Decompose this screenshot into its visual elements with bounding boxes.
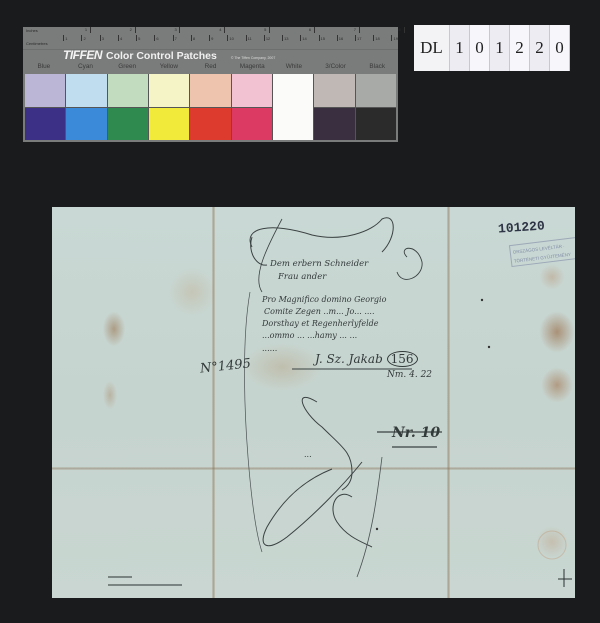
cm-tick: [173, 35, 174, 41]
patch-label: 3/Color: [315, 63, 357, 73]
archive-digit: 0: [550, 25, 570, 71]
inch-tick: [404, 27, 405, 33]
inch-tick: [135, 27, 136, 33]
patch-label: White: [273, 63, 315, 73]
cm-tick: [391, 35, 392, 41]
inch-tick: [269, 27, 270, 33]
cm-number: 10: [229, 36, 233, 41]
inch-number: 7: [354, 27, 356, 32]
archive-prefix: DL: [414, 25, 450, 71]
patch-label: Black: [356, 63, 398, 73]
cm-tick: [246, 35, 247, 41]
inch-number: 4: [219, 27, 221, 32]
circled-number: 156: [387, 351, 418, 367]
body-line: Dorsthay et Regenherlyfelde: [262, 319, 379, 328]
archive-digit: 1: [450, 25, 470, 71]
inch-tick: [359, 27, 360, 33]
archival-note: J. Sz. Jakab 156: [315, 351, 418, 367]
cm-tick: [81, 35, 82, 41]
archive-digit: 0: [470, 25, 490, 71]
inches-label: Inches: [26, 28, 38, 33]
cm-tick: [100, 35, 101, 41]
color-patch-dark: [25, 108, 65, 141]
patch-label: Red: [190, 63, 232, 73]
cm-number: 15: [321, 36, 325, 41]
patch-labels: Blue Cyan Green Yellow Red Magenta White…: [23, 63, 398, 73]
cm-number: 4: [120, 36, 122, 41]
cm-tick: [337, 35, 338, 41]
cm-tick: [154, 35, 155, 41]
cm-tick: [264, 35, 265, 41]
color-patch-light: [108, 74, 148, 107]
cm-number: 9: [211, 36, 213, 41]
cm-tick: [118, 35, 119, 41]
color-patch-dark: [66, 108, 106, 141]
cm-number: 19: [393, 36, 397, 41]
color-patch-light: [232, 74, 272, 107]
number-note: Nr. 10: [392, 425, 440, 441]
cm-tick: [355, 35, 356, 41]
inch-number: 8: [399, 27, 401, 32]
color-patch-light: [149, 74, 189, 107]
cm-tick: [227, 35, 228, 41]
color-patch-dark: [314, 108, 354, 141]
color-patches-grid: [25, 74, 396, 140]
color-patch-light: [190, 74, 230, 107]
body-line: Pro Magnifico domino Georgio: [262, 295, 386, 304]
cm-number: 14: [302, 36, 306, 41]
cm-tick: [319, 35, 320, 41]
color-patch-dark: [149, 108, 189, 141]
year-note-prefix: N°: [199, 360, 218, 377]
centimetres-label: Centimetres: [26, 41, 48, 46]
inch-number: 5: [264, 27, 266, 32]
archive-digit: 2: [510, 25, 530, 71]
color-patch-dark: [232, 108, 272, 141]
inch-tick: [224, 27, 225, 33]
inch-number: 3: [174, 27, 176, 32]
inch-number: 2: [130, 27, 132, 32]
cm-tick: [300, 35, 301, 41]
cm-number: 13: [284, 36, 288, 41]
cm-number: 11: [248, 36, 252, 41]
patch-label: Cyan: [65, 63, 107, 73]
cm-number: 17: [357, 36, 361, 41]
archival-note-text: J. Sz. Jakab: [315, 352, 383, 366]
patch-label: Yellow: [148, 63, 190, 73]
tiffen-logo: TIFFEN: [63, 48, 102, 62]
color-patch-light: [356, 74, 396, 107]
cm-tick: [191, 35, 192, 41]
archive-digit: 1: [490, 25, 510, 71]
patch-label: Magenta: [231, 63, 273, 73]
manuscript-letter: Dem erbern Schneider Frau ander Pro Magn…: [52, 207, 575, 598]
color-patch-white: [273, 74, 313, 140]
inch-tick: [179, 27, 180, 33]
color-patch-dark: [356, 108, 396, 141]
inch-number: 6: [309, 27, 311, 32]
cm-number: 12: [266, 36, 270, 41]
patch-label: Blue: [23, 63, 65, 73]
ruler: Inches Centimetres 123456781234567891011…: [23, 27, 398, 50]
cm-number: 5: [138, 36, 140, 41]
cm-number: 1: [65, 36, 67, 41]
address-line: Frau ander: [278, 272, 326, 282]
card-header: TIFFEN Color Control Patches © The Tiffe…: [63, 48, 275, 62]
body-line: Comite Zegen ..m... Jo... ....: [264, 307, 375, 316]
body-line: ......: [262, 344, 277, 353]
card-title: Color Control Patches: [106, 50, 217, 62]
cm-number: 16: [339, 36, 343, 41]
color-patch-dark: [108, 108, 148, 141]
color-patch-light: [66, 74, 106, 107]
archive-id-label: DL 1 0 1 2 2 0: [414, 25, 570, 71]
cm-number: 18: [375, 36, 379, 41]
cm-tick: [373, 35, 374, 41]
body-line: ...ommo ... ...hamy ... ...: [262, 331, 357, 340]
color-control-card: Inches Centimetres 123456781234567891011…: [23, 27, 398, 142]
cm-tick: [136, 35, 137, 41]
cm-number: 3: [102, 36, 104, 41]
cm-number: 2: [83, 36, 85, 41]
sub-note: Nm. 4. 22: [387, 370, 432, 380]
lower-word: ...: [304, 450, 312, 459]
color-patch-light: [25, 74, 65, 107]
card-copyright: © The Tiffen Company, 2007: [231, 56, 275, 60]
inch-tick: [90, 27, 91, 33]
cm-tick: [209, 35, 210, 41]
inch-tick: [314, 27, 315, 33]
cm-tick: [282, 35, 283, 41]
inch-number: 1: [85, 27, 87, 32]
cm-number: 8: [193, 36, 195, 41]
address-line: Dem erbern Schneider: [270, 259, 368, 269]
cm-number: 6: [156, 36, 158, 41]
cm-number: 7: [175, 36, 177, 41]
cm-tick: [63, 35, 64, 41]
color-patch-dark: [190, 108, 230, 141]
archive-digit: 2: [530, 25, 550, 71]
color-patch-light: [314, 74, 354, 107]
patch-label: Green: [106, 63, 148, 73]
